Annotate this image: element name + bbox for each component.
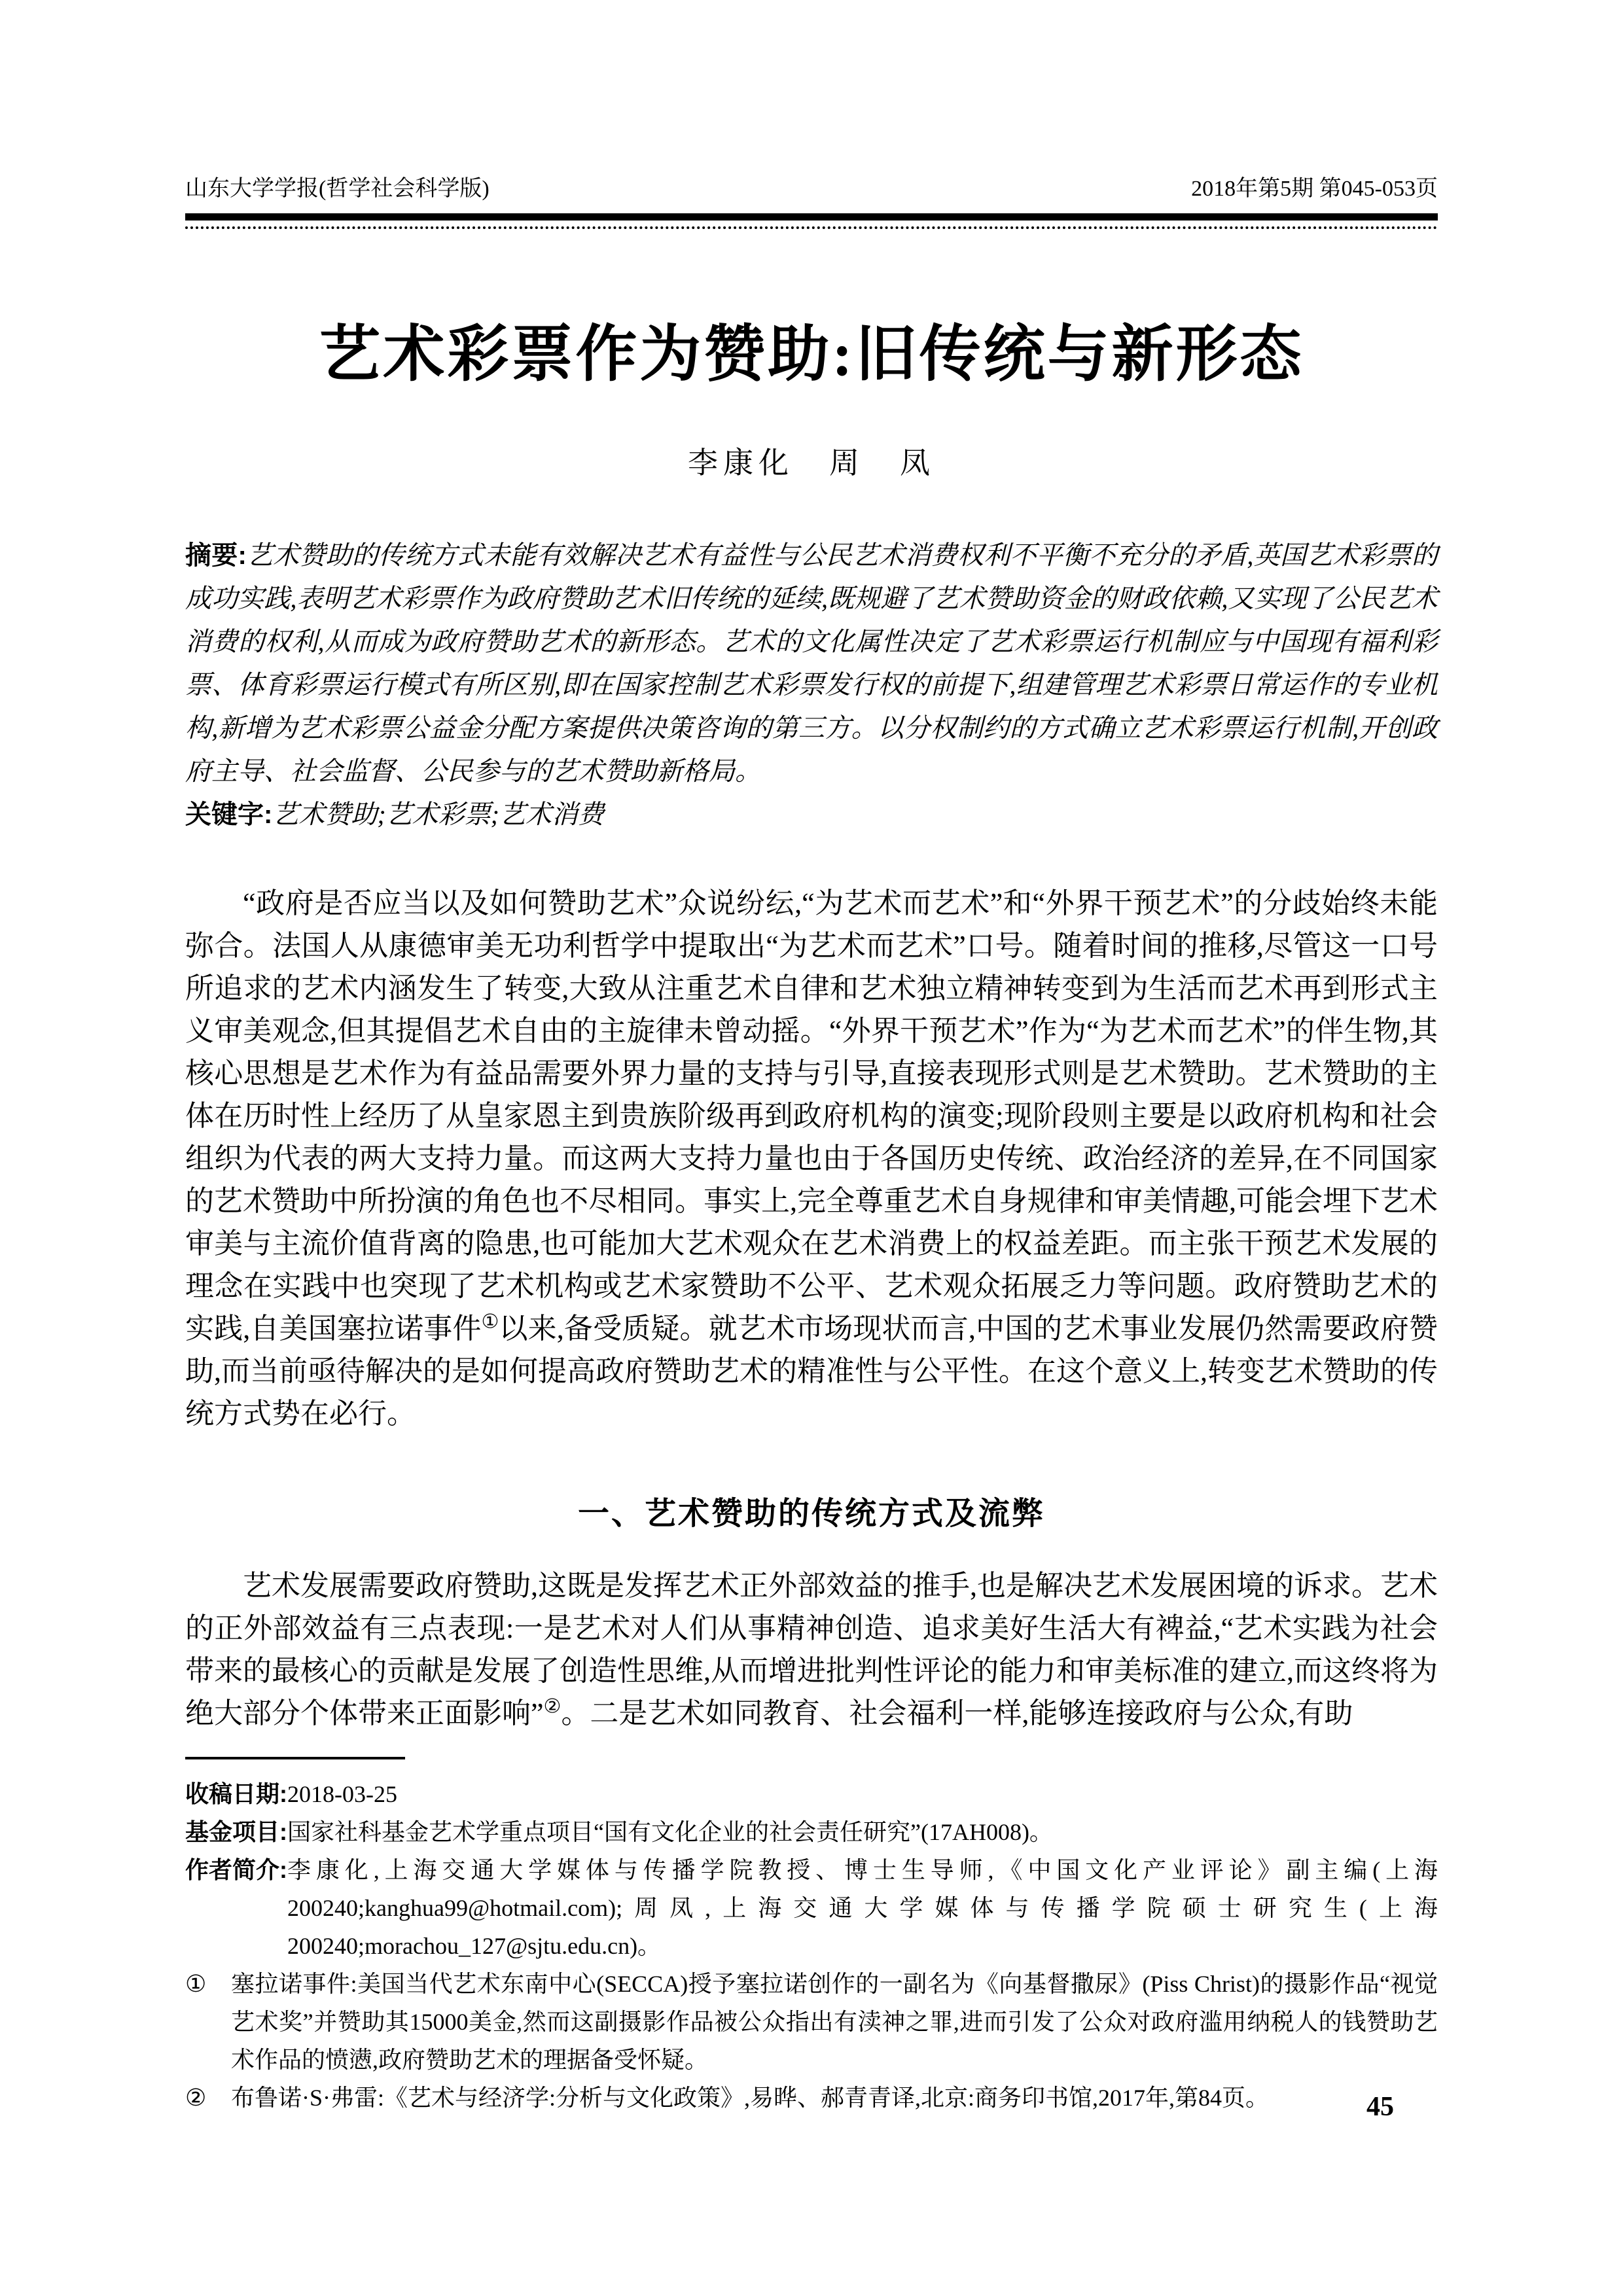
bio-value: 李康化,上海交通大学媒体与传播学院教授、博士生导师,《中国文化产业评论》副主编(…: [287, 1851, 1438, 1965]
bio-label: 作者简介:: [185, 1851, 287, 1889]
article-body: “政府是否应当以及如何赞助艺术”众说纷纭,“为艺术而艺术”和“外界干预艺术”的分…: [185, 882, 1438, 1735]
abstract-label: 摘要:: [185, 541, 247, 570]
section-heading-1: 一、艺术赞助的传统方式及流弊: [185, 1494, 1438, 1534]
fund-row: 基金项目: 国家社科基金艺术学重点项目“国有文化企业的社会责任研究”(17AH0…: [185, 1813, 1438, 1851]
journal-name: 山东大学学报(哲学社会科学版): [185, 175, 490, 203]
keywords-label: 关键字:: [185, 800, 272, 829]
abstract-paragraph: 摘要:艺术赞助的传统方式未能有效解决艺术有益性与公民艺术消费权利不平衡不充分的矛…: [185, 534, 1438, 793]
footnote-1-marker: ①: [185, 1965, 231, 2003]
footnote-2: ② 布鲁诺·S·弗雷:《艺术与经济学:分析与文化政策》,易晔、郝青青译,北京:商…: [185, 2079, 1438, 2117]
footnote-2-marker: ②: [185, 2079, 231, 2117]
abstract-block: 摘要:艺术赞助的传统方式未能有效解决艺术有益性与公民艺术消费权利不平衡不充分的矛…: [185, 534, 1438, 836]
received-date-row: 收稿日期: 2018-03-25: [185, 1775, 1438, 1813]
footnote-1-text: 塞拉诺事件:美国当代艺术东南中心(SECCA)授予塞拉诺创作的一副名为《向基督撒…: [231, 1965, 1438, 2079]
footnote-ref-1: ①: [482, 1311, 499, 1332]
keywords-text: 艺术赞助;艺术彩票;艺术消费: [272, 800, 604, 829]
fund-value: 国家社科基金艺术学重点项目“国有文化企业的社会责任研究”(17AH008)。: [287, 1813, 1438, 1851]
fund-label: 基金项目:: [185, 1813, 287, 1851]
keywords-line: 关键字:艺术赞助;艺术彩票;艺术消费: [185, 793, 1438, 836]
footnote-divider: [185, 1757, 405, 1759]
journal-page: 山东大学学报(哲学社会科学版) 2018年第5期 第045-053页 艺术彩票作…: [0, 0, 1623, 2296]
footnote-2-text: 布鲁诺·S·弗雷:《艺术与经济学:分析与文化政策》,易晔、郝青青译,北京:商务印…: [231, 2079, 1438, 2117]
page-number: 45: [1366, 2091, 1394, 2123]
paragraph-2-text-cont: 。二是艺术如同教育、社会福利一样,能够连接政府与公众,有助: [561, 1697, 1353, 1729]
body-paragraph-1: “政府是否应当以及如何赞助艺术”众说纷纭,“为艺术而艺术”和“外界干预艺术”的分…: [185, 882, 1438, 1435]
paragraph-1-text: “政府是否应当以及如何赞助艺术”众说纷纭,“为艺术而艺术”和“外界干预艺术”的分…: [185, 887, 1438, 1345]
footnote-ref-2: ②: [544, 1695, 562, 1717]
body-paragraph-2: 艺术发展需要政府赞助,这既是发挥艺术正外部效益的推手,也是解决艺术发展困境的诉求…: [185, 1564, 1438, 1735]
footnote-area: 收稿日期: 2018-03-25 基金项目: 国家社科基金艺术学重点项目“国有文…: [185, 1775, 1438, 2117]
header-rule-dotted: [185, 226, 1438, 229]
bio-row: 作者简介: 李康化,上海交通大学媒体与传播学院教授、博士生导师,《中国文化产业评…: [185, 1851, 1438, 1965]
footnote-1: ① 塞拉诺事件:美国当代艺术东南中心(SECCA)授予塞拉诺创作的一副名为《向基…: [185, 1965, 1438, 2079]
page-header: 山东大学学报(哲学社会科学版) 2018年第5期 第045-053页: [185, 175, 1438, 203]
article-title: 艺术彩票作为赞助:旧传统与新形态: [185, 318, 1438, 391]
article-authors: 李康化 周 凤: [185, 445, 1438, 482]
header-rule-thick: [185, 213, 1438, 221]
issue-info: 2018年第5期 第045-053页: [1191, 175, 1438, 203]
received-date-value: 2018-03-25: [287, 1775, 1438, 1813]
received-date-label: 收稿日期:: [185, 1775, 287, 1813]
abstract-text: 艺术赞助的传统方式未能有效解决艺术有益性与公民艺术消费权利不平衡不充分的矛盾,英…: [185, 540, 1438, 786]
